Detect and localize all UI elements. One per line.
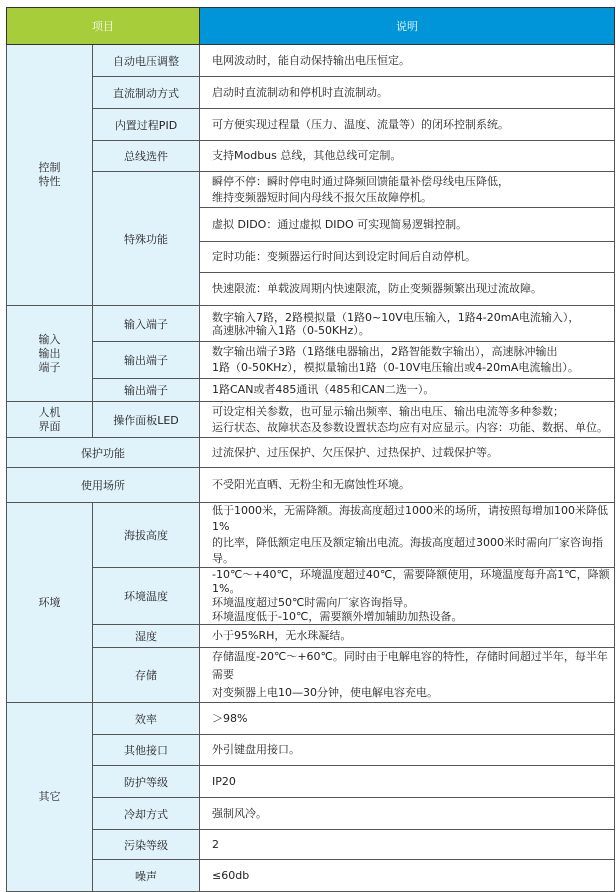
description: 定时功能：变频器运行时间达到设定时间后自动停机。 xyxy=(200,242,615,273)
description: 外引键盘用接口。 xyxy=(200,735,615,766)
category-label: 其它 xyxy=(39,790,61,803)
description: 快速限流：单载波周期内快速限流，防止变频器频繁出现过流故障。 xyxy=(200,273,615,306)
sub-item: 其他接口 xyxy=(93,735,200,766)
protection-label: 保护功能 xyxy=(7,438,200,468)
description: 瞬停不停：瞬时停电时通过降频回馈能量补偿母线电压降低，维持变频器短时间内母线不报… xyxy=(200,172,615,208)
category-label: 端子 xyxy=(39,361,61,374)
description: 强制风冷。 xyxy=(200,798,615,830)
category-label: 控制 xyxy=(39,161,61,174)
sub-item: 内置过程PID xyxy=(93,109,200,141)
sub-item: 输出端子 xyxy=(93,379,200,402)
sub-item: 海拔高度 xyxy=(93,503,200,568)
category-label: 环境 xyxy=(39,596,61,609)
description: 虚拟 DIDO：通过虚拟 DIDO 可实现简易逻辑控制。 xyxy=(200,208,615,242)
table-row: 湿度 小于95%RH，无水珠凝结。 xyxy=(7,625,615,648)
description: ＞98% xyxy=(200,703,615,735)
table-row: 控制特性 自动电压调整 电网波动时，能自动保持输出电压恒定。 xyxy=(7,45,615,77)
table-row: 输入输出端子 输入端子 数字输入7路，2路模拟量（1路0~10V电压输入，1路4… xyxy=(7,306,615,342)
sub-item: 输入端子 xyxy=(93,306,200,342)
spec-table: 项目 说明 控制特性 自动电压调整 电网波动时，能自动保持输出电压恒定。 直流制… xyxy=(6,7,615,837)
category-control: 控制特性 xyxy=(7,45,93,306)
sub-item: 防护等级 xyxy=(93,766,200,798)
description: 可设定相关参数，也可显示输出频率、输出电压、输出电流等多种参数；运行状态、故障状… xyxy=(200,402,615,438)
category-hmi: 人机界面 xyxy=(7,402,93,438)
sub-item: 特殊功能 xyxy=(93,172,200,306)
sub-item: 自动电压调整 xyxy=(93,45,200,77)
description: IP20 xyxy=(200,766,615,798)
table-row: 其它 效率 ＞98% xyxy=(7,703,615,735)
description: 小于95%RH，无水珠凝结。 xyxy=(200,625,615,648)
table-row: 总线选件 支持Modbus 总线，其他总线可定制。 xyxy=(7,141,615,172)
category-label: 特性 xyxy=(39,175,61,188)
table-row: 直流制动方式 启动时直流制动和停机时直流制动。 xyxy=(7,77,615,109)
description: 可方便实现过程量（压力、温度、流量等）的闭环控制系统。 xyxy=(200,109,615,141)
category-io: 输入输出端子 xyxy=(7,306,93,402)
table-row: 内置过程PID 可方便实现过程量（压力、温度、流量等）的闭环控制系统。 xyxy=(7,109,615,141)
usage-label: 使用场所 xyxy=(7,468,200,503)
table-row: 人机界面 操作面板LED 可设定相关参数，也可显示输出频率、输出电压、输出电流等… xyxy=(7,402,615,438)
table-row: 污染等级 2 xyxy=(7,830,615,838)
header-description: 说明 xyxy=(200,8,615,45)
sub-item: 存储 xyxy=(93,648,200,703)
description: 低于1000米，无需降额。海拔高度超过1000米的场所，请按照每增加100米降低… xyxy=(200,503,615,568)
description: 1路CAN或者485通讯（485和CAN二选一）。 xyxy=(200,379,615,402)
description: 数字输出端子3路（1路继电器输出，2路智能数字输出），高速脉冲输出1路（0-50… xyxy=(200,342,615,379)
header-row: 项目 说明 xyxy=(7,8,615,45)
sub-item: 湿度 xyxy=(93,625,200,648)
description: 支持Modbus 总线，其他总线可定制。 xyxy=(200,141,615,172)
sub-item: 冷却方式 xyxy=(93,798,200,830)
category-environment: 环境 xyxy=(7,503,93,703)
sub-item: 直流制动方式 xyxy=(93,77,200,109)
table-row: 使用场所 不受阳光直晒、无粉尘和无腐蚀性环境。 xyxy=(7,468,615,503)
description: 电网波动时，能自动保持输出电压恒定。 xyxy=(200,45,615,77)
sub-item: 环境温度 xyxy=(93,568,200,625)
description: 2 xyxy=(200,830,615,838)
sub-item: 输出端子 xyxy=(93,342,200,379)
table-row: 其他接口 外引键盘用接口。 xyxy=(7,735,615,766)
description: -10℃～+40℃，环境温度超过40℃，需要降额使用，环境温度每升高1℃，降额1… xyxy=(200,568,615,625)
category-label: 输出 xyxy=(39,347,61,360)
description: 存储温度-20℃～+60℃。同时由于电解电容的特性，存储时间超过半年，每半年需要… xyxy=(200,648,615,703)
table-row: 冷却方式 强制风冷。 xyxy=(7,798,615,830)
table-row: 防护等级 IP20 xyxy=(7,766,615,798)
table-row: 输出端子 1路CAN或者485通讯（485和CAN二选一）。 xyxy=(7,379,615,402)
header-item: 项目 xyxy=(7,8,200,45)
sub-item: 操作面板LED xyxy=(93,402,200,438)
description: 不受阳光直晒、无粉尘和无腐蚀性环境。 xyxy=(200,468,615,503)
table-row: 保护功能 过流保护、过压保护、欠压保护、过热保护、过载保护等。 xyxy=(7,438,615,468)
table-row: 环境温度 -10℃～+40℃，环境温度超过40℃，需要降额使用，环境温度每升高1… xyxy=(7,568,615,625)
description: 数字输入7路，2路模拟量（1路0~10V电压输入，1路4-20mA电流输入），高… xyxy=(200,306,615,342)
sub-item: 效率 xyxy=(93,703,200,735)
table-row: 输出端子 数字输出端子3路（1路继电器输出，2路智能数字输出），高速脉冲输出1路… xyxy=(7,342,615,379)
category-label: 人机 xyxy=(39,406,61,419)
sub-item: 总线选件 xyxy=(93,141,200,172)
table-row: 存储 存储温度-20℃～+60℃。同时由于电解电容的特性，存储时间超过半年，每半… xyxy=(7,648,615,703)
table-row: 特殊功能 瞬停不停：瞬时停电时通过降频回馈能量补偿母线电压降低，维持变频器短时间… xyxy=(7,172,615,208)
table-row: 环境 海拔高度 低于1000米，无需降额。海拔高度超过1000米的场所，请按照每… xyxy=(7,503,615,568)
description: 过流保护、过压保护、欠压保护、过热保护、过载保护等。 xyxy=(200,438,615,468)
category-label: 输入 xyxy=(39,333,61,346)
category-other: 其它 xyxy=(7,703,93,838)
category-label: 界面 xyxy=(39,420,61,433)
sub-item: 污染等级 xyxy=(93,830,200,838)
description: 启动时直流制动和停机时直流制动。 xyxy=(200,77,615,109)
